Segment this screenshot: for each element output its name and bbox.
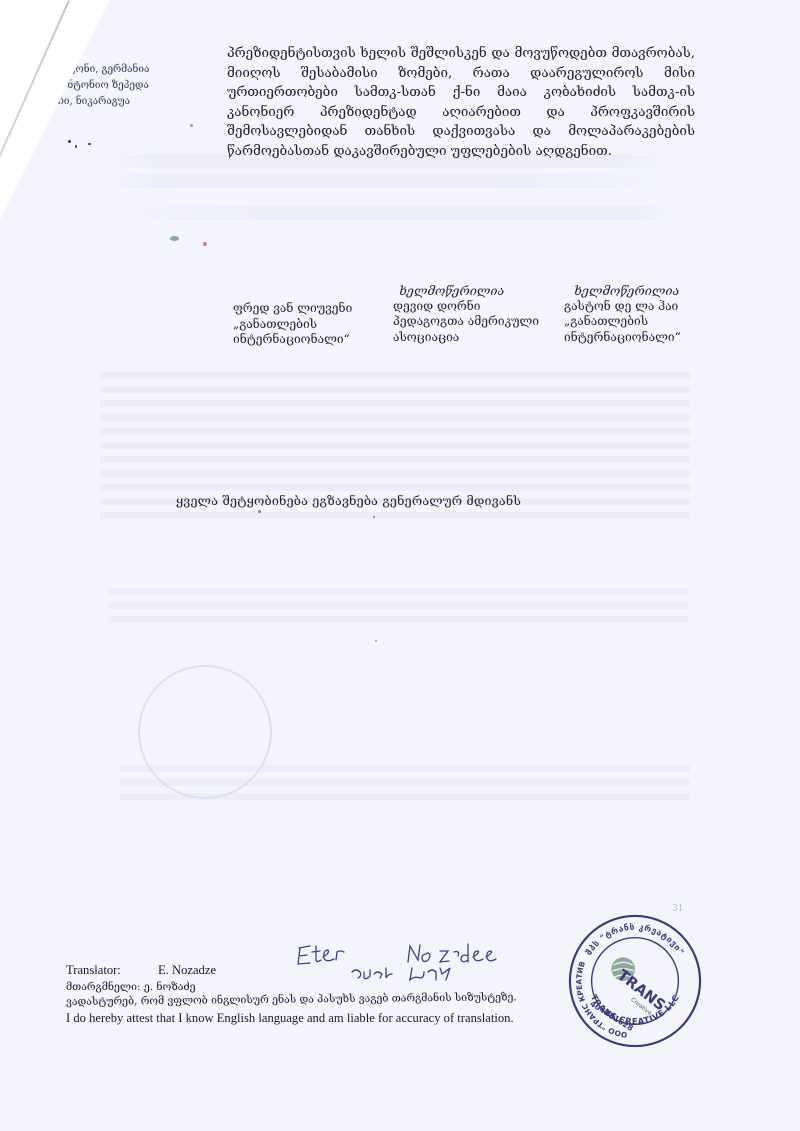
translator-label: Translator: — [66, 962, 158, 978]
body-paragraph: პრეზიდენტისთვის ხელის შეშლისკენ და მოვუწ… — [227, 44, 695, 161]
scan-speck — [258, 510, 261, 513]
scan-speck — [375, 640, 377, 642]
signed-note: ხელმოწერილია — [564, 283, 681, 299]
signatory-block: ხელმოწერილია გასტონ დე ლა ჰაი „განათლები… — [564, 283, 681, 345]
signatory-org: ასოციაცია — [393, 330, 539, 346]
signed-note: ხელმოწერილია — [393, 283, 539, 299]
scan-speck — [75, 145, 77, 148]
signatory-name: ფრედ ვან ლიუვენი — [233, 301, 352, 317]
scan-speck — [68, 140, 71, 143]
signatory-org: „განათლების — [233, 317, 352, 333]
page-mark: 31 — [672, 904, 683, 914]
scan-speck — [88, 143, 91, 145]
signatory-name: გასტონ დე ლა ჰაი — [564, 299, 681, 315]
signatory-org: „განათლების — [564, 314, 681, 330]
scan-speck — [190, 124, 193, 127]
attestation-english: I do hereby attest that I know English l… — [66, 1010, 517, 1026]
scan-speck — [203, 242, 207, 246]
signatory-org: ინტერნაციონალი“ — [233, 332, 352, 348]
bleed-through-block-2 — [108, 588, 688, 624]
bleed-through-text — [108, 148, 668, 238]
closing-line: ყველა შეტყობინება ეგზავნება გენერალურ მდ… — [176, 493, 521, 508]
bleed-through-stamp — [138, 665, 272, 799]
scan-speck — [373, 516, 375, 518]
signatory-block: ხელმოწერილია დევიდ დორნი პედაგოგთა ამერი… — [393, 283, 539, 345]
translator-block: Translator:E. Nozadze მთარგმნელი: ე. ნოზ… — [66, 962, 517, 1026]
scan-speck — [170, 236, 179, 241]
translator-name: E. Nozadze — [158, 963, 216, 977]
translator-row: Translator:E. Nozadze — [66, 962, 517, 978]
company-stamp: შპს "ტრანს კრეატივი" TRANS CREATIVE LLC … — [566, 912, 704, 1050]
signatory-name: დევიდ დორნი — [393, 299, 539, 315]
signatory-org: ინტერნაციონალი“ — [564, 330, 681, 346]
signatory-block: ფრედ ვან ლიუვენი „განათლების ინტერნაციონ… — [233, 301, 352, 348]
signatory-org: პედაგოგთა ამერიკული — [393, 314, 539, 330]
